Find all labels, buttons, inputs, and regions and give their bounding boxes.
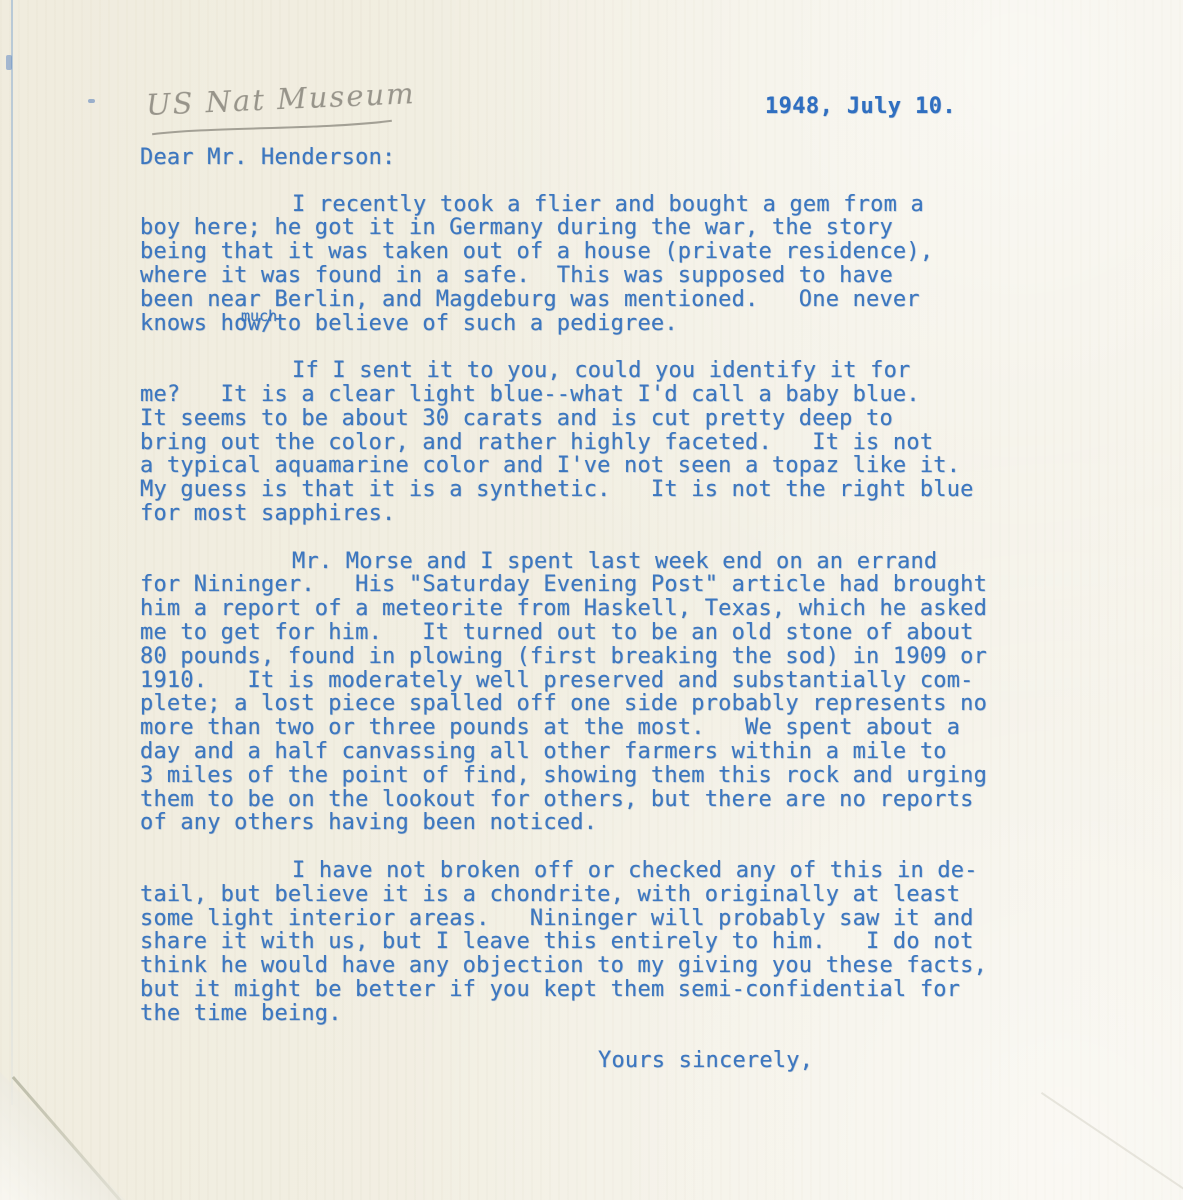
paragraph-3: Mr. Morse and I spent last week end on a… xyxy=(140,550,1020,836)
text-line: My guess is that it is a synthetic. It i… xyxy=(140,478,1020,502)
text-line: think he would have any objection to my … xyxy=(140,954,1020,978)
letter-body: Dear Mr. Henderson: I recently took a fl… xyxy=(140,146,1020,1073)
text-line: It seems to be about 30 carats and is cu… xyxy=(140,407,1020,431)
text-line: being that it was taken out of a house (… xyxy=(140,240,1020,264)
text-line: more than two or three pounds at the mos… xyxy=(140,716,1020,740)
text-line-with-insertion: knows howmuch/to believe of such a pedig… xyxy=(140,312,1020,336)
text-line: I have not broken off or checked any of … xyxy=(140,859,1020,883)
text-line: the time being. xyxy=(140,1002,1020,1026)
text-line: of any others having been noticed. xyxy=(140,811,1020,835)
text-line: me to get for him. It turned out to be a… xyxy=(140,621,1020,645)
text-line: bring out the color, and rather highly f… xyxy=(140,431,1020,455)
salutation: Dear Mr. Henderson: xyxy=(140,146,1020,170)
text-line: them to be on the lookout for others, bu… xyxy=(140,788,1020,812)
ink-speck xyxy=(88,99,95,103)
closing: Yours sincerely, xyxy=(140,1049,1020,1073)
scanned-letter-page: US Nat Museum 1948, July 10. Dear Mr. He… xyxy=(0,0,1183,1200)
text-line: 3 miles of the point of find, showing th… xyxy=(140,764,1020,788)
text-line: If I sent it to you, could you identify … xyxy=(140,359,1020,383)
text-line: for Nininger. His "Saturday Evening Post… xyxy=(140,573,1020,597)
text-line: tail, but believe it is a chondrite, wit… xyxy=(140,883,1020,907)
date-line: 1948, July 10. xyxy=(765,94,956,119)
text-line: Mr. Morse and I spent last week end on a… xyxy=(140,550,1020,574)
text-line: but it might be better if you kept them … xyxy=(140,978,1020,1002)
text-line: for most sapphires. xyxy=(140,502,1020,526)
paragraph-1: I recently took a flier and bought a gem… xyxy=(140,193,1020,336)
text-line: him a report of a meteorite from Haskell… xyxy=(140,597,1020,621)
text-line: a typical aquamarine color and I've not … xyxy=(140,454,1020,478)
inserted-word: much xyxy=(241,305,277,329)
text-line: day and a half canvassing all other farm… xyxy=(140,740,1020,764)
paragraph-2: If I sent it to you, could you identify … xyxy=(140,359,1020,526)
text-line: some light interior areas. Nininger will… xyxy=(140,907,1020,931)
scan-edge-tick xyxy=(6,55,12,70)
text-line: me? It is a clear light blue--what I'd c… xyxy=(140,383,1020,407)
text-line: share it with us, but I leave this entir… xyxy=(140,930,1020,954)
text-line: plete; a lost piece spalled off one side… xyxy=(140,692,1020,716)
scan-edge-line xyxy=(11,0,13,1105)
text-line: 1910. It is moderately well preserved an… xyxy=(140,669,1020,693)
paragraph-4: I have not broken off or checked any of … xyxy=(140,859,1020,1026)
line-post: /to believe of such a pedigree. xyxy=(261,311,678,336)
fold-crease-bottom-right xyxy=(1041,1092,1183,1200)
text-line: 80 pounds, found in plowing (first break… xyxy=(140,645,1020,669)
text-line: I recently took a flier and bought a gem… xyxy=(140,193,1020,217)
text-line: where it was found in a safe. This was s… xyxy=(140,264,1020,288)
text-line: boy here; he got it in Germany during th… xyxy=(140,216,1020,240)
